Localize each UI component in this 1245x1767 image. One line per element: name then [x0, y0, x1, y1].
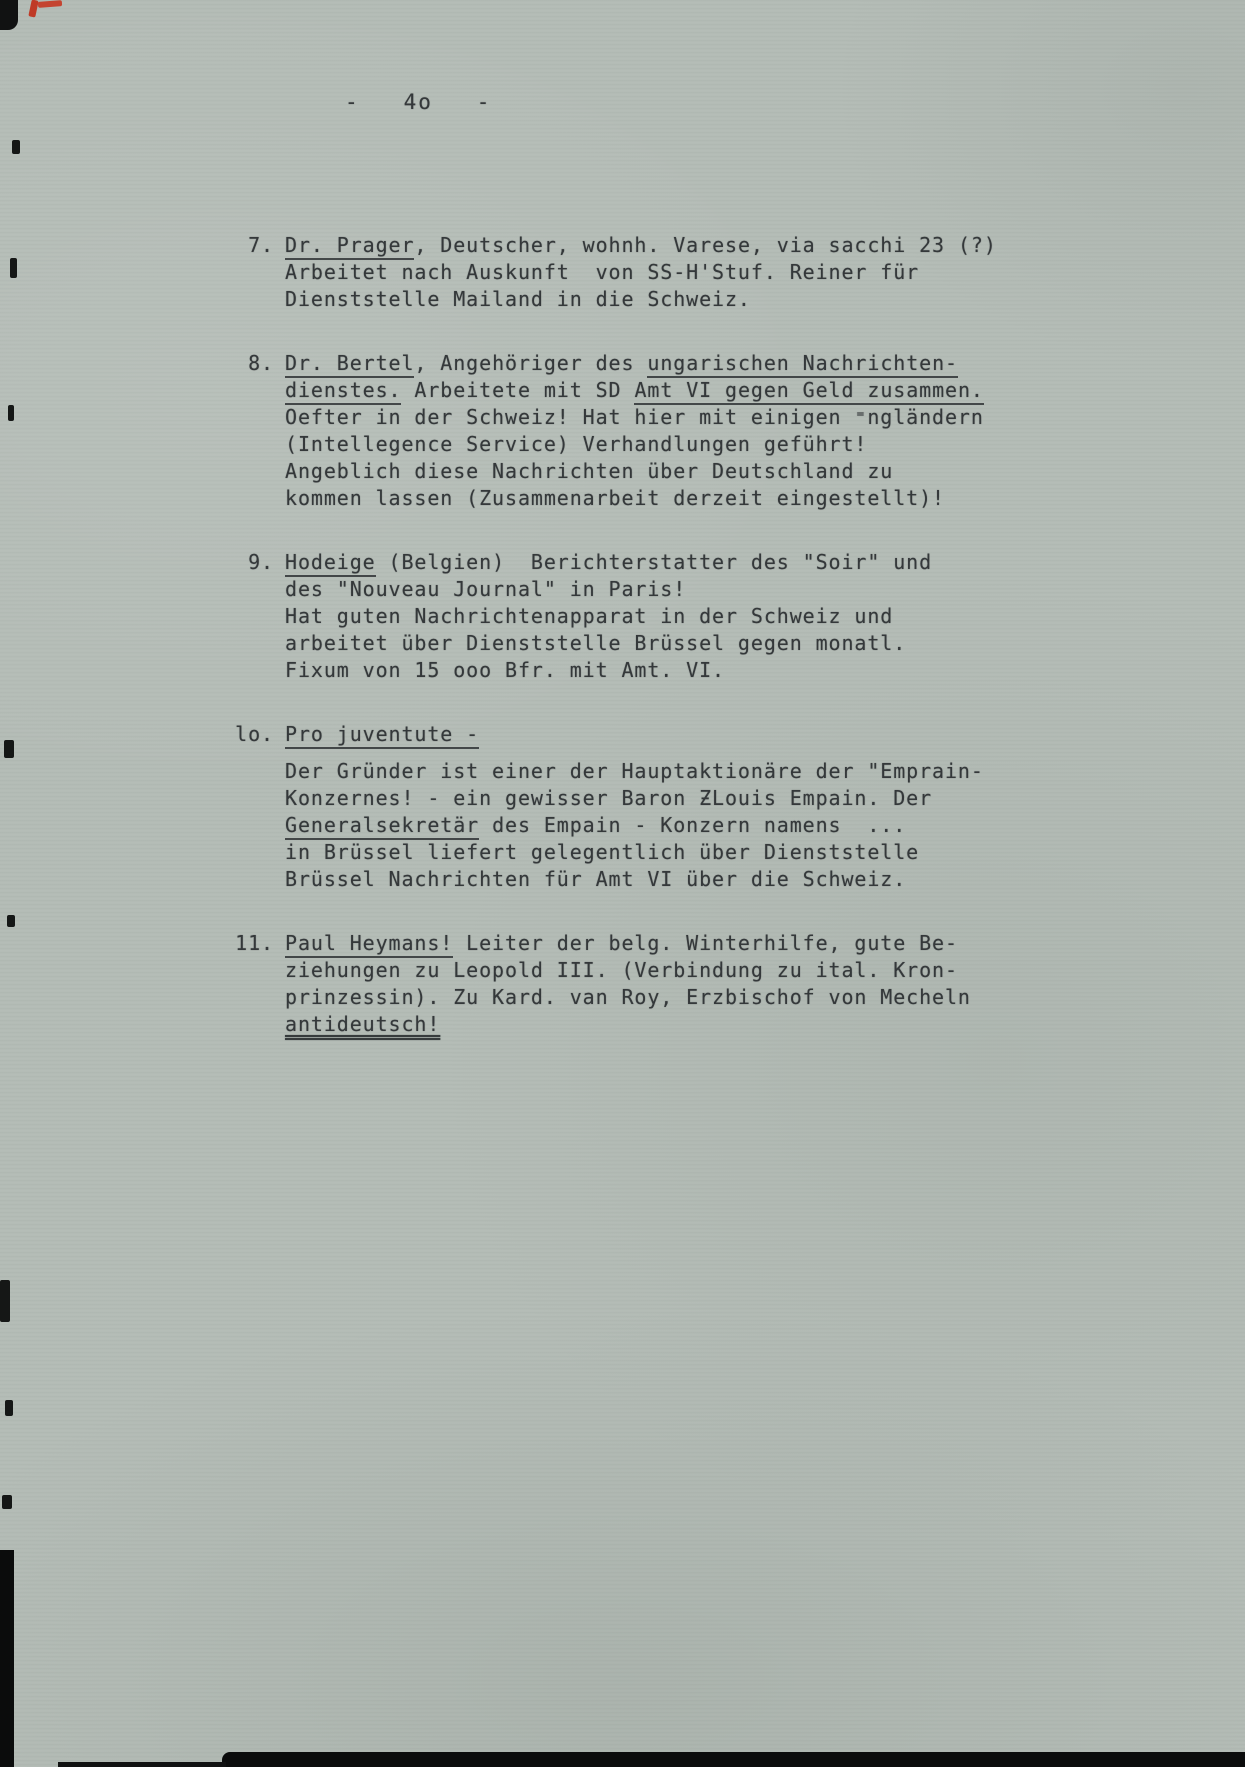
text-segment: Fixum von 15 ooo Bfr. mit Amt. VI. — [285, 658, 725, 682]
text-segment: Leiter der belg. Winterhilfe, gute Be- — [453, 931, 958, 955]
text-segment: kommen lassen (Zusammenarbeit derzeit ei… — [285, 486, 945, 510]
text-line: Arbeitet nach Auskunft von SS-H'Stuf. Re… — [285, 259, 997, 286]
text-segment: arbeitet über Dienststelle Brüssel gegen… — [285, 631, 906, 655]
item-number: 8. — [234, 350, 274, 377]
text-line: antideutsch! — [285, 1011, 971, 1038]
text-segment: Hat guten Nachrichtenapparat in der Schw… — [285, 604, 893, 628]
scan-edge-bottom — [58, 1762, 226, 1767]
text-segment: Generalsekretär — [285, 813, 479, 840]
text-segment: ungarischen Nachrichten- — [647, 351, 958, 378]
ink-speck — [2, 1495, 12, 1509]
text-segment: Dr. Bertel — [285, 351, 414, 378]
text-line: Konzernes! - ein gewisser Baron ƵLouis E… — [285, 785, 984, 812]
text-line: des "Nouveau Journal" in Paris! — [285, 576, 932, 603]
item-number: 7. — [234, 232, 274, 259]
text-segment: antideutsch! — [285, 1012, 440, 1036]
text-segment: ziehungen zu Leopold III. (Verbindung zu… — [285, 958, 958, 982]
text-line: kommen lassen (Zusammenarbeit derzeit ei… — [285, 485, 984, 512]
text-line: Generalsekretär des Empain - Konzern nam… — [285, 812, 984, 839]
ink-speck — [10, 258, 17, 278]
text-segment: Brüssel Nachrichten für Amt VI über die … — [285, 867, 906, 891]
text-line: Brüssel Nachrichten für Amt VI über die … — [285, 866, 984, 893]
text-segment: des Empain - Konzern namens ... — [479, 813, 906, 837]
list-item: 7.Dr. Prager, Deutscher, wohnh. Varese, … — [234, 232, 1044, 313]
text-segment: in Brüssel liefert gelegentlich über Die… — [285, 840, 919, 864]
text-segment: prinzessin). Zu Kard. van Roy, Erzbischo… — [285, 985, 971, 1009]
text-segment: Amt VI gegen Geld zusammen. — [634, 378, 983, 405]
ink-speck — [0, 1280, 10, 1322]
ink-speck — [5, 1400, 13, 1416]
text-segment: Konzernes! - ein gewisser Baron ƵLouis E… — [285, 786, 932, 810]
text-segment: Dienststelle Mailand in die Schweiz. — [285, 287, 751, 311]
text-line: Hat guten Nachrichtenapparat in der Schw… — [285, 603, 932, 630]
item-text: Dr. Prager, Deutscher, wohnh. Varese, vi… — [285, 232, 997, 313]
item-text: Hodeige (Belgien) Berichterstatter des "… — [285, 549, 932, 684]
text-segment: , Deutscher, wohnh. Varese, via sacchi 2… — [414, 233, 996, 257]
text-segment: Arbeitete mit SD — [401, 378, 634, 402]
text-line: (Intellegence Service) Verhandlungen gef… — [285, 431, 984, 458]
ink-speck — [8, 405, 14, 421]
document-page: - 4o - 7.Dr. Prager, Deutscher, wohnh. V… — [0, 0, 1245, 1767]
text-line: Pro juventute - — [285, 721, 984, 748]
text-line: Fixum von 15 ooo Bfr. mit Amt. VI. — [285, 657, 932, 684]
text-segment: dienstes. — [285, 378, 401, 405]
text-line: Der Gründer ist einer der Hauptaktionäre… — [285, 758, 984, 785]
text-segment: Dr. Prager — [285, 233, 414, 260]
text-line: Dr. Bertel, Angehöriger des ungarischen … — [285, 350, 984, 377]
item-text: Pro juventute -Der Gründer ist einer der… — [285, 721, 984, 893]
list-item: 9.Hodeige (Belgien) Berichterstatter des… — [234, 549, 1044, 684]
scan-edge-left — [0, 1550, 14, 1767]
list-item: lo.Pro juventute -Der Gründer ist einer … — [234, 721, 1044, 893]
text-segment: Paul Heymans! — [285, 931, 453, 958]
text-line: Angeblich diese Nachrichten über Deutsch… — [285, 458, 984, 485]
text-line: Dr. Prager, Deutscher, wohnh. Varese, vi… — [285, 232, 997, 259]
text-segment: des "Nouveau Journal" in Paris! — [285, 577, 686, 601]
page-number: - 4o - — [345, 90, 491, 114]
text-segment: Hodeige — [285, 550, 376, 577]
item-number: lo. — [234, 721, 274, 748]
text-segment: Oefter in der Schweiz! Hat hier mit eini… — [285, 405, 984, 429]
text-line: prinzessin). Zu Kard. van Roy, Erzbischo… — [285, 984, 971, 1011]
list-item: 11.Paul Heymans! Leiter der belg. Winter… — [234, 930, 1044, 1038]
red-pencil-mark — [38, 0, 62, 8]
text-segment: Pro juventute - — [285, 722, 479, 749]
ink-speck — [12, 140, 20, 154]
text-segment: , Angehöriger des — [414, 351, 647, 375]
text-line: in Brüssel liefert gelegentlich über Die… — [285, 839, 984, 866]
text-segment: Der Gründer ist einer der Hauptaktionäre… — [285, 759, 984, 783]
text-line: ziehungen zu Leopold III. (Verbindung zu… — [285, 957, 971, 984]
text-line: Oefter in der Schweiz! Hat hier mit eini… — [285, 404, 984, 431]
text-line: dienstes. Arbeitete mit SD Amt VI gegen … — [285, 377, 984, 404]
scan-edge-bottom — [222, 1752, 1245, 1767]
text-line: Dienststelle Mailand in die Schweiz. — [285, 286, 997, 313]
item-text: Dr. Bertel, Angehöriger des ungarischen … — [285, 350, 984, 512]
ink-speck — [7, 915, 15, 927]
text-segment: (Belgien) Berichterstatter des "Soir" un… — [376, 550, 932, 574]
ink-speck — [4, 740, 14, 758]
text-segment: Angeblich diese Nachrichten über Deutsch… — [285, 459, 893, 483]
text-segment: Arbeitet nach Auskunft von SS-H'Stuf. Re… — [285, 260, 919, 284]
list-item: 8.Dr. Bertel, Angehöriger des ungarische… — [234, 350, 1044, 512]
document-items: 7.Dr. Prager, Deutscher, wohnh. Varese, … — [234, 232, 1044, 1075]
item-text: Paul Heymans! Leiter der belg. Winterhil… — [285, 930, 971, 1038]
text-segment: (Intellegence Service) Verhandlungen gef… — [285, 432, 867, 456]
text-line: Paul Heymans! Leiter der belg. Winterhil… — [285, 930, 971, 957]
item-number: 9. — [234, 549, 274, 576]
item-number: 11. — [234, 930, 274, 957]
text-line: arbeitet über Dienststelle Brüssel gegen… — [285, 630, 932, 657]
text-line: Hodeige (Belgien) Berichterstatter des "… — [285, 549, 932, 576]
scan-corner-mark — [0, 0, 18, 30]
